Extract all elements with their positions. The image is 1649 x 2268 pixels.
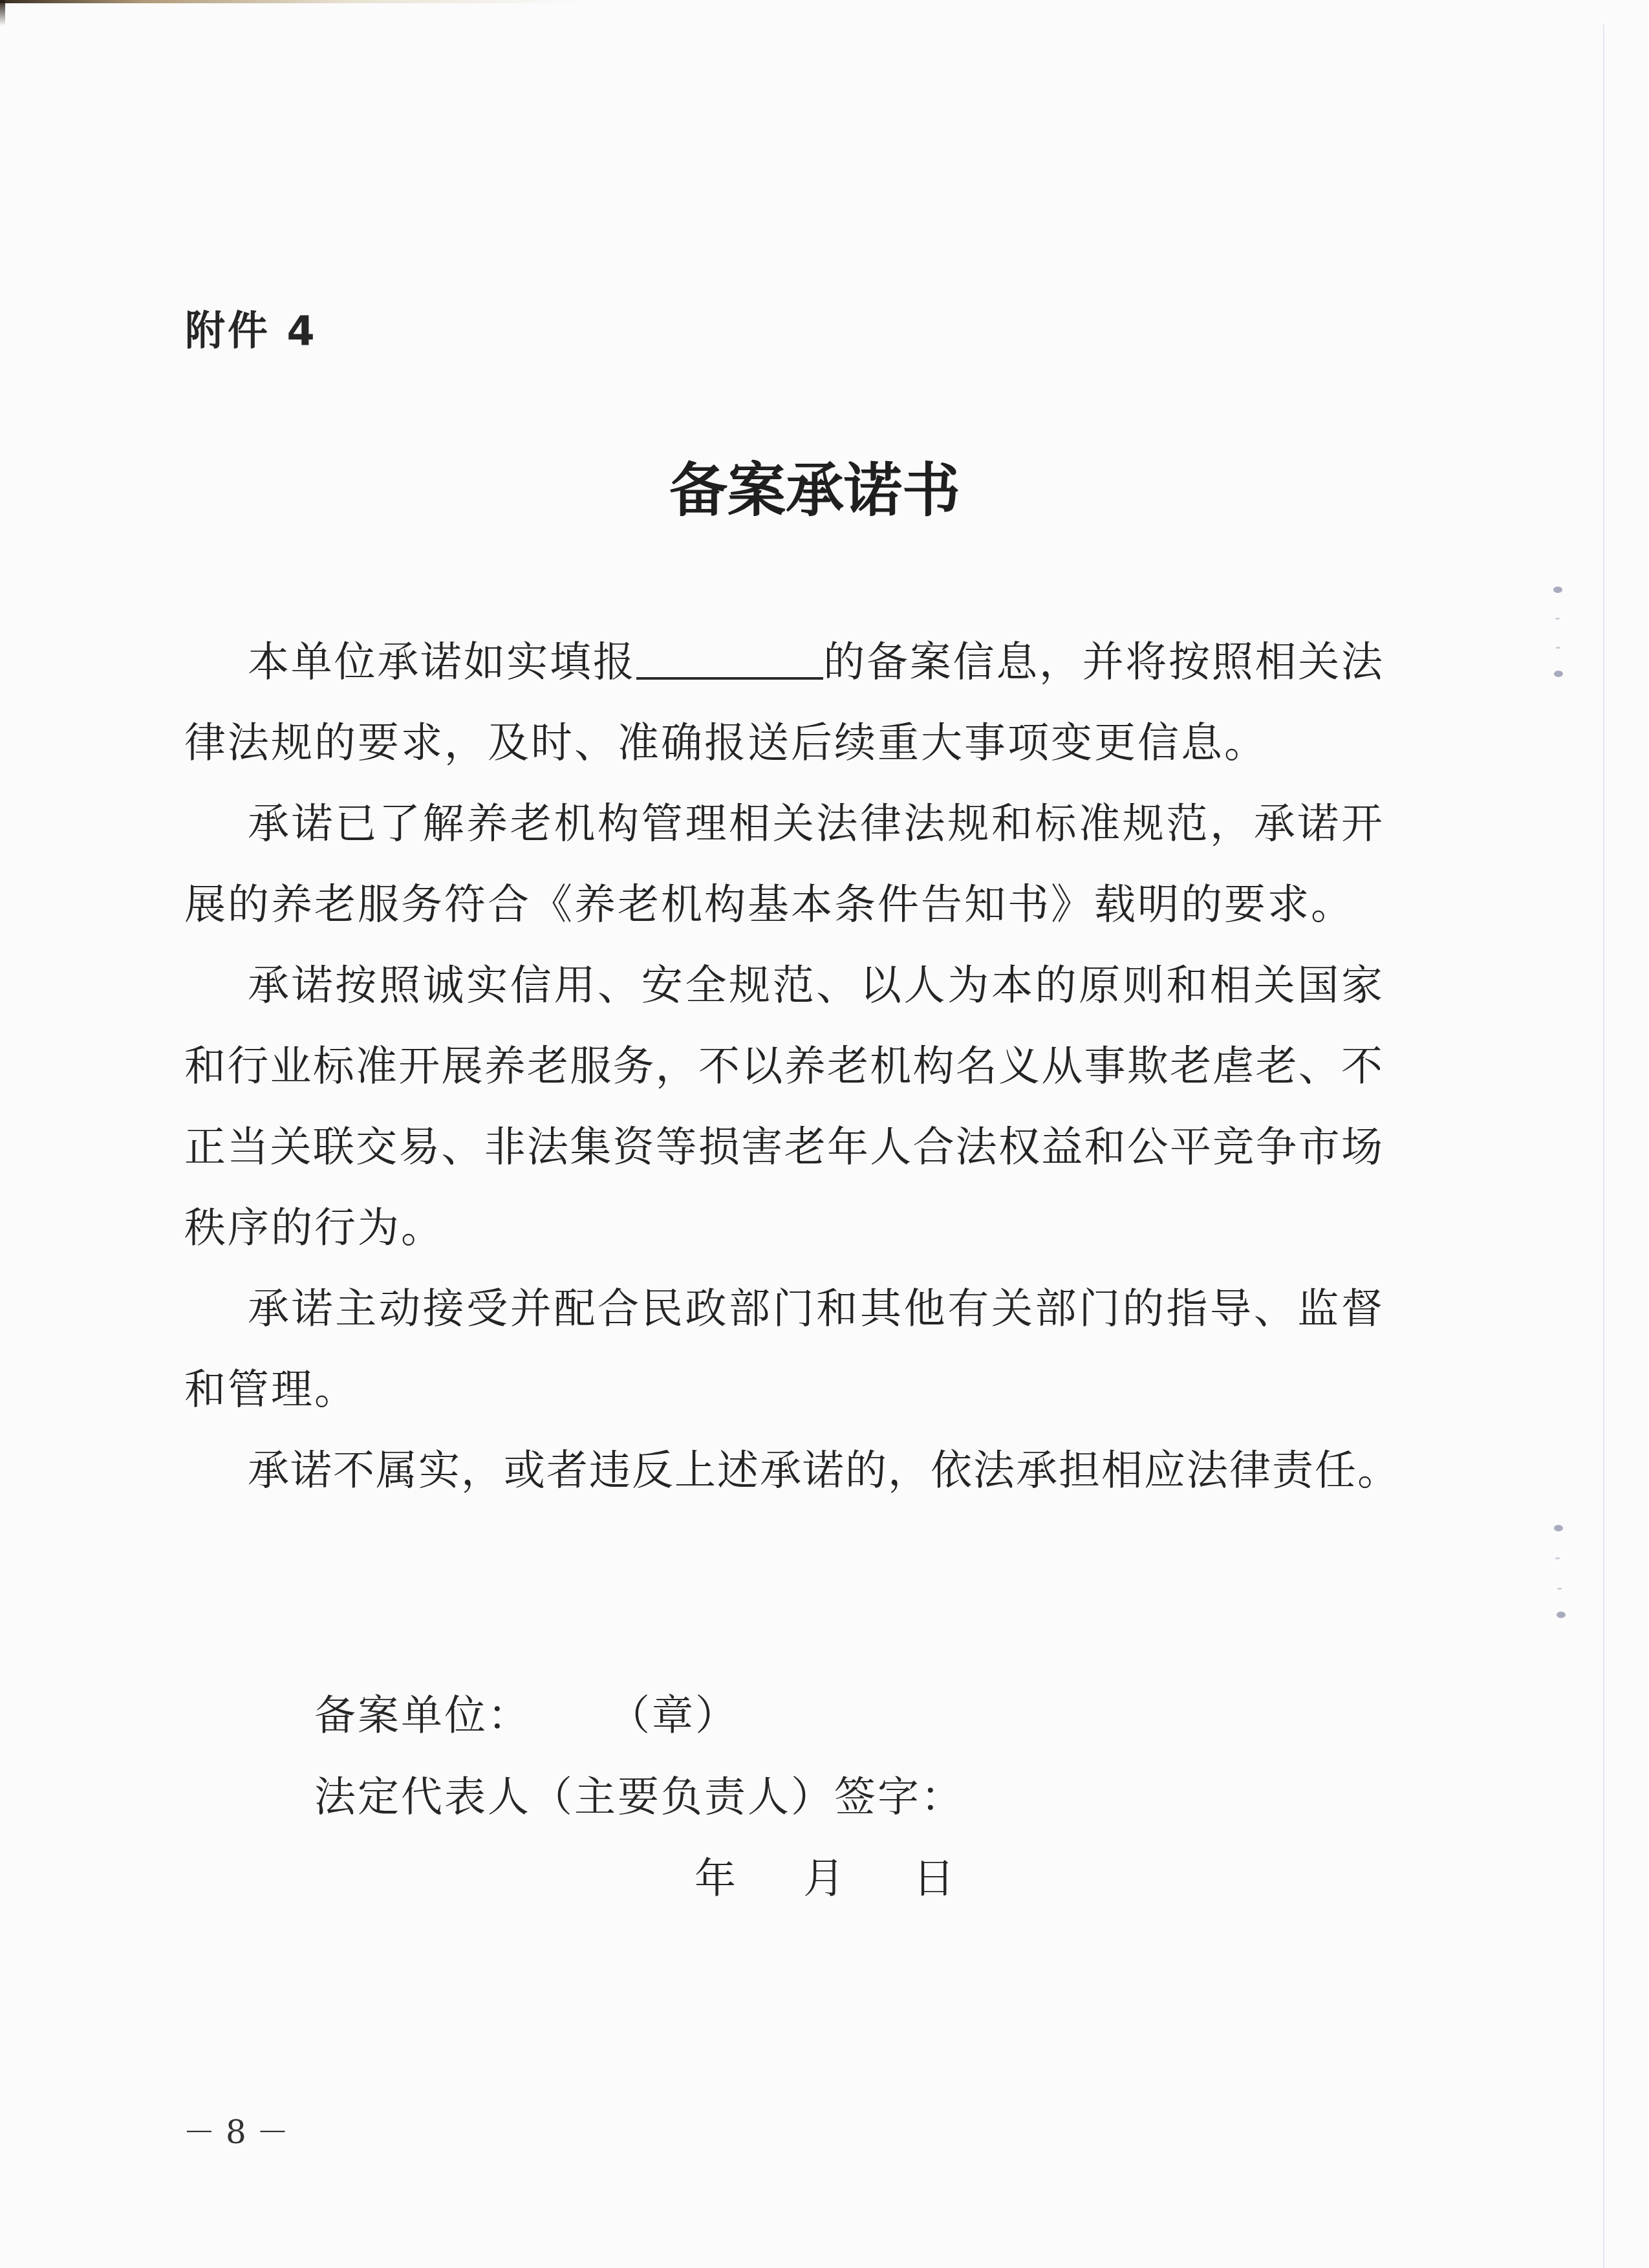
paragraph-3-line-1: 承诺按照诚实信用、安全规范、以人为本的原则和相关国家	[184, 945, 1384, 1026]
date-year-label: 年	[695, 1838, 736, 1919]
binding-hole-mark	[1557, 1612, 1566, 1618]
paragraph-1-line-1: 本单位承诺如实填报的备案信息，并将按照相关法	[184, 622, 1384, 703]
document-page: 附件 4 备案承诺书 本单位承诺如实填报的备案信息，并将按照相关法 律法规的要求…	[0, 0, 1649, 2268]
binding-hole-mark	[1557, 1588, 1562, 1590]
scan-edge-shadow	[0, 0, 582, 3]
paragraph-4-line-1: 承诺主动接受并配合民政部门和其他有关部门的指导、监督	[184, 1269, 1384, 1350]
institution-name-blank	[636, 638, 823, 680]
binding-hole-mark	[1553, 587, 1562, 593]
date-month-label: 月	[803, 1838, 845, 1919]
paragraph-3-line-3: 正当关联交易、非法集资等损害老年人合法权益和公平竞争市场	[184, 1107, 1384, 1188]
paragraph-5-line-1: 承诺不属实，或者违反上述承诺的，依法承担相应法律责任。	[184, 1431, 1384, 1511]
signature-block: 备案单位：（章） 法定代表人（主要负责人）签字： 年 月 日	[314, 1675, 964, 1919]
document-title: 备案承诺书	[0, 453, 1649, 528]
paragraph-3-line-2: 和行业标准开展养老服务，不以养老机构名义从事欺老虐老、不	[184, 1026, 1384, 1107]
binding-hole-mark	[1554, 671, 1563, 677]
date-line: 年 月 日	[314, 1838, 964, 1919]
scan-corner-shadow	[0, 0, 5, 26]
seal-label: （章）	[609, 1692, 738, 1740]
binding-hole-mark	[1556, 647, 1560, 649]
binding-hole-mark	[1554, 1525, 1563, 1531]
paragraph-2-line-1: 承诺已了解养老机构管理相关法律法规和标准规范，承诺开	[184, 784, 1384, 865]
page-fold-line	[1603, 25, 1604, 2268]
line-text: 的备案信息，并将按照相关法	[823, 638, 1384, 686]
paragraph-3-line-4: 秩序的行为。	[184, 1188, 1384, 1269]
date-day-label: 日	[913, 1838, 954, 1919]
line-text: 本单位承诺如实填报	[248, 638, 636, 686]
binding-hole-mark	[1555, 1557, 1560, 1559]
legal-representative-line: 法定代表人（主要负责人）签字：	[314, 1756, 964, 1838]
filing-unit-label: 备案单位：	[314, 1692, 531, 1740]
filing-unit-line: 备案单位：（章）	[314, 1675, 964, 1756]
attachment-label: 附件 4	[185, 305, 318, 357]
paragraph-2-line-2: 展的养老服务符合《养老机构基本条件告知书》载明的要求。	[184, 865, 1384, 945]
paragraph-1-line-2: 律法规的要求，及时、准确报送后续重大事项变更信息。	[184, 703, 1384, 784]
page-number: － 8 －	[183, 2110, 289, 2155]
binding-hole-mark	[1555, 618, 1560, 620]
paragraph-4-line-2: 和管理。	[184, 1350, 1384, 1431]
commitment-body: 本单位承诺如实填报的备案信息，并将按照相关法 律法规的要求，及时、准确报送后续重…	[184, 622, 1384, 1511]
